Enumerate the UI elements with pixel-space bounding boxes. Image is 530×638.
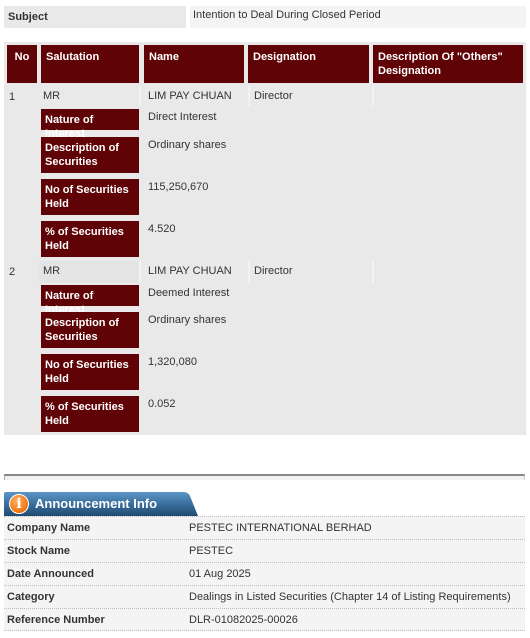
row-2-label-description: Description of Securities <box>41 312 139 348</box>
info-row-date-announced: Date Announced 01 Aug 2025 <box>4 562 525 585</box>
info-value: PESTEC <box>189 545 233 557</box>
info-value: Dealings in Listed Securities (Chapter 1… <box>189 591 511 603</box>
row-1-designation: Director <box>248 86 374 106</box>
announcement-info-table: Company Name PESTEC INTERNATIONAL BERHAD… <box>4 516 525 631</box>
row-2-name: LIM PAY CHUAN <box>144 261 248 283</box>
row-1-name: LIM PAY CHUAN <box>144 86 248 106</box>
info-label: Category <box>7 591 55 603</box>
row-2-no: 2 <box>5 263 19 281</box>
info-label: Stock Name <box>7 545 70 557</box>
row-1-no-held: 115,250,670 <box>144 181 212 193</box>
announcement-info-tab: i Announcement Info <box>4 492 198 516</box>
subject-row: Subject Intention to Deal During Closed … <box>4 6 526 28</box>
info-value: DLR-01082025-00026 <box>189 614 298 626</box>
row-1-label-no-held: No of Securities Held <box>41 179 139 215</box>
row-1-label-nature: Nature of Interest <box>41 109 139 130</box>
header-designation: Designation <box>248 45 369 83</box>
info-icon: i <box>9 494 29 514</box>
info-label: Reference Number <box>7 614 105 626</box>
row-2-label-no-held: No of Securities Held <box>41 354 139 390</box>
row-1-others <box>374 86 524 106</box>
info-row-company-name: Company Name PESTEC INTERNATIONAL BERHAD <box>4 516 525 539</box>
securities-holders-table: No Salutation Name Designation Descripti… <box>4 42 526 435</box>
row-1-no: 1 <box>5 88 19 106</box>
section-divider <box>4 474 525 480</box>
row-1-label-pct-held: % of Securities Held <box>41 221 139 257</box>
row-2-designation: Director <box>248 261 374 283</box>
info-row-category: Category Dealings in Listed Securities (… <box>4 585 525 608</box>
row-2-label-nature: Nature of Interest <box>41 285 139 306</box>
row-1-pct-held: 4.520 <box>144 223 180 235</box>
info-value: PESTEC INTERNATIONAL BERHAD <box>189 522 372 534</box>
row-2-pct-held: 0.052 <box>144 398 180 410</box>
info-label: Date Announced <box>7 568 94 580</box>
header-no: No <box>7 45 37 83</box>
row-2-salutation: MR <box>39 261 141 283</box>
row-2-no-held: 1,320,080 <box>144 356 201 368</box>
row-2-nature: Deemed Interest <box>144 287 233 299</box>
info-row-reference-number: Reference Number DLR-01082025-00026 <box>4 608 525 631</box>
info-label: Company Name <box>7 522 90 534</box>
info-value: 01 Aug 2025 <box>189 568 251 580</box>
row-2-others <box>374 261 524 283</box>
row-1-nature: Direct Interest <box>144 111 220 123</box>
row-2-description: Ordinary shares <box>144 314 230 326</box>
header-name: Name <box>144 45 244 83</box>
row-1-description: Ordinary shares <box>144 139 230 151</box>
subject-label: Subject <box>4 6 186 28</box>
info-row-stock-name: Stock Name PESTEC <box>4 539 525 562</box>
subject-value: Intention to Deal During Closed Period <box>190 6 526 28</box>
header-others-designation: Description Of "Others" Designation <box>373 45 523 83</box>
row-1-salutation: MR <box>39 86 141 106</box>
announcement-info-title: Announcement Info <box>35 496 157 511</box>
row-1-label-description: Description of Securities <box>41 137 139 173</box>
header-salutation: Salutation <box>41 45 139 83</box>
row-2-label-pct-held: % of Securities Held <box>41 396 139 432</box>
